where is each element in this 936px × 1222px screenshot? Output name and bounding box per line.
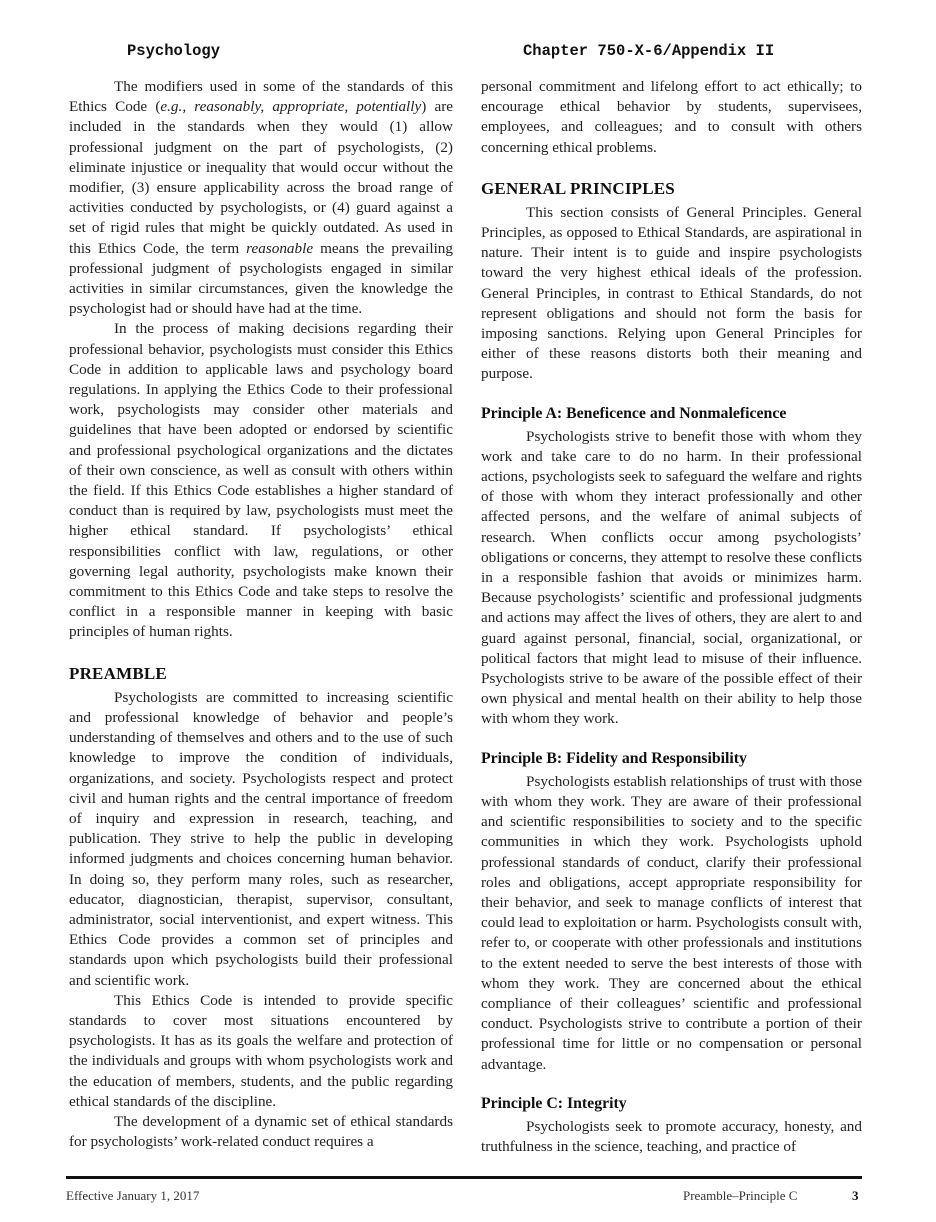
principle-b-paragraph: Psychologists establish relationships of…	[481, 772, 862, 1075]
left-column: The modifiers used in some of the standa…	[69, 77, 453, 1152]
general-principles-heading: GENERAL PRINCIPLES	[481, 178, 862, 200]
continuation-paragraph: personal commitment and lifelong effort …	[481, 77, 862, 158]
running-head-left: Psychology	[127, 42, 220, 60]
principle-c-paragraph: Psychologists seek to promote accuracy, …	[481, 1117, 862, 1157]
preamble-paragraph-2: This Ethics Code is intended to provide …	[69, 991, 453, 1112]
preamble-paragraph-3: The development of a dynamic set of ethi…	[69, 1112, 453, 1152]
preamble-heading: PREAMBLE	[69, 663, 453, 685]
italic-term: reasonable	[246, 240, 313, 257]
intro-paragraph-2: In the process of making decisions regar…	[69, 319, 453, 642]
footer-divider	[66, 1176, 862, 1179]
right-column: personal commitment and lifelong effort …	[481, 77, 862, 1157]
general-principles-paragraph: This section consists of General Princip…	[481, 203, 862, 385]
footer-effective-date: Effective January 1, 2017	[66, 1188, 199, 1204]
running-head-right: Chapter 750-X-6/Appendix II	[523, 42, 774, 60]
italic-examples: e.g., reasonably, appropriate, potential…	[160, 98, 421, 115]
principle-c-heading: Principle C: Integrity	[481, 1093, 862, 1114]
page-number: 3	[852, 1188, 859, 1204]
principle-b-heading: Principle B: Fidelity and Responsibility	[481, 748, 862, 769]
footer-section-range: Preamble–Principle C	[683, 1188, 797, 1204]
preamble-paragraph-1: Psychologists are committed to increasin…	[69, 688, 453, 991]
intro-paragraph-1: The modifiers used in some of the standa…	[69, 77, 453, 319]
principle-a-paragraph: Psychologists strive to benefit those wi…	[481, 427, 862, 730]
principle-a-heading: Principle A: Beneficence and Nonmalefice…	[481, 403, 862, 424]
